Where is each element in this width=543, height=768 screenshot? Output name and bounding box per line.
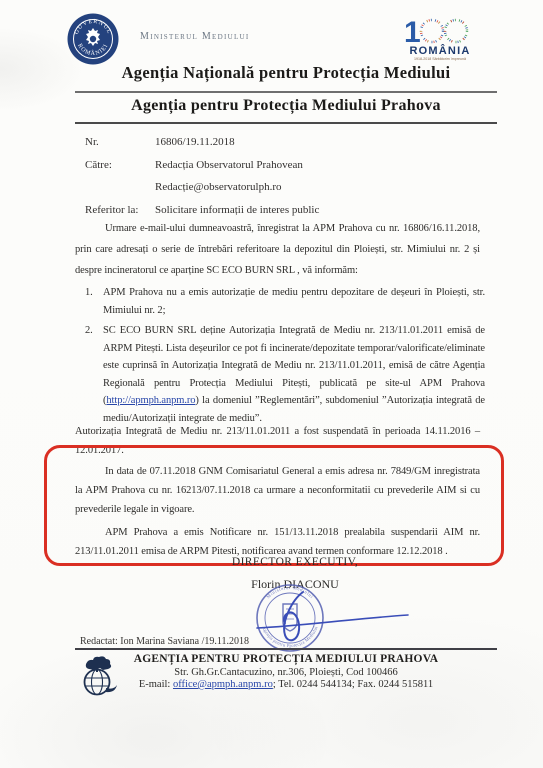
list-item-1: 1. APM Prahova nu a emis autorizație de … bbox=[75, 284, 485, 319]
apmph-website-link[interactable]: http://apmph.anpm.ro bbox=[106, 395, 195, 406]
title-national-agency: Agenția Națională pentru Protecția Mediu… bbox=[75, 63, 497, 83]
signature-scribble-icon bbox=[257, 592, 408, 640]
meta-value-nr: 16806/19.11.2018 bbox=[155, 131, 497, 154]
official-stamp-icon: Ministerul Mediului Agenția pentru Prote… bbox=[245, 582, 415, 662]
list-item-2: 2. SC ECO BURN SRL deține Autorizația In… bbox=[75, 322, 485, 427]
footer-email-link[interactable]: office@apmph.anpm.ro bbox=[173, 679, 273, 690]
ministry-label: Ministerul Mediului bbox=[140, 31, 250, 42]
footer-email-label: E-mail: bbox=[139, 679, 173, 690]
suspension-section: Autorizația Integrată de Mediu nr. 213/1… bbox=[75, 422, 480, 561]
footer-divider bbox=[75, 648, 497, 650]
footer-agency-name: AGENȚIA PENTRU PROTECȚIA MEDIULUI PRAHOV… bbox=[75, 653, 497, 665]
footer-address: Str. Gh.Gr.Cantacuzino, nr.306, Ploiești… bbox=[75, 667, 497, 678]
list-item-2-text-pre: SC ECO BURN SRL deține Autorizația Integ… bbox=[103, 325, 485, 406]
meta-label-nr: Nr. bbox=[75, 131, 155, 154]
centenary-tagline: 1918-2018 Sărbătorim împreună bbox=[414, 57, 466, 61]
redactat-line: Redactat: Ion Marina Saviana /19.11.2018 bbox=[80, 636, 249, 647]
centenary-100-icon: 1 ROMÂNIA 1918-2018 Sărbătorim împreună bbox=[402, 12, 478, 62]
recipient-email: Redacție@observatorulph.ro bbox=[155, 176, 497, 199]
header-divider-2 bbox=[75, 122, 497, 124]
header-divider-1 bbox=[75, 91, 497, 93]
meta-row-number: Nr. 16806/19.11.2018 bbox=[75, 131, 497, 154]
title-local-agency: Agenția pentru Protecția Mediului Prahov… bbox=[75, 97, 497, 115]
stamp-text-top: Ministerul Mediului bbox=[266, 585, 315, 599]
footer-contact-line: E-mail: office@apmph.anpm.ro; Tel. 0244 … bbox=[75, 679, 497, 690]
meta-label-catre: Către: bbox=[75, 154, 155, 177]
svg-text:Ministerul Mediului: Ministerul Mediului bbox=[266, 585, 315, 599]
boxed-paragraph-1: In data de 07.11.2018 GNM Comisariatul G… bbox=[75, 462, 480, 519]
director-title: DIRECTOR EXECUTIV, bbox=[75, 556, 515, 568]
meta-row-recipient: Către: Redacția Observatorul Prahovean bbox=[75, 154, 497, 177]
meta-row-recipient-email: Redacție@observatorulph.ro bbox=[75, 176, 497, 199]
letter-meta: Nr. 16806/19.11.2018 Către: Redacția Obs… bbox=[75, 131, 497, 221]
footer-block: AGENȚIA PENTRU PROTECȚIA MEDIULUI PRAHOV… bbox=[75, 653, 497, 690]
paragraph-intro: Urmare e-mail-ului dumneavoastră, înregi… bbox=[75, 218, 480, 281]
footer-phone-fax: ; Tel. 0244 544134; Fax. 0244 515811 bbox=[273, 679, 433, 690]
suspension-line-1: Autorizația Integrată de Mediu nr. 213/1… bbox=[75, 422, 480, 441]
government-seal-icon: GUVERNUL ROMÂNIEI bbox=[66, 12, 120, 66]
centenary-country: ROMÂNIA bbox=[410, 44, 471, 57]
scanned-letter-page: GUVERNUL ROMÂNIEI Ministerul Mediului 1 … bbox=[0, 0, 543, 768]
list-item-1-text: APM Prahova nu a emis autorizație de med… bbox=[103, 287, 485, 316]
list-item-2-number: 2. bbox=[85, 322, 93, 340]
numbered-list: 1. APM Prahova nu a emis autorizație de … bbox=[75, 284, 485, 430]
red-annotated-section: In data de 07.11.2018 GNM Comisariatul G… bbox=[75, 462, 480, 561]
meta-value-catre: Redacția Observatorul Prahovean bbox=[155, 154, 497, 177]
suspension-line-2: 12.01.2017. bbox=[75, 441, 480, 460]
list-item-1-number: 1. bbox=[85, 284, 93, 302]
